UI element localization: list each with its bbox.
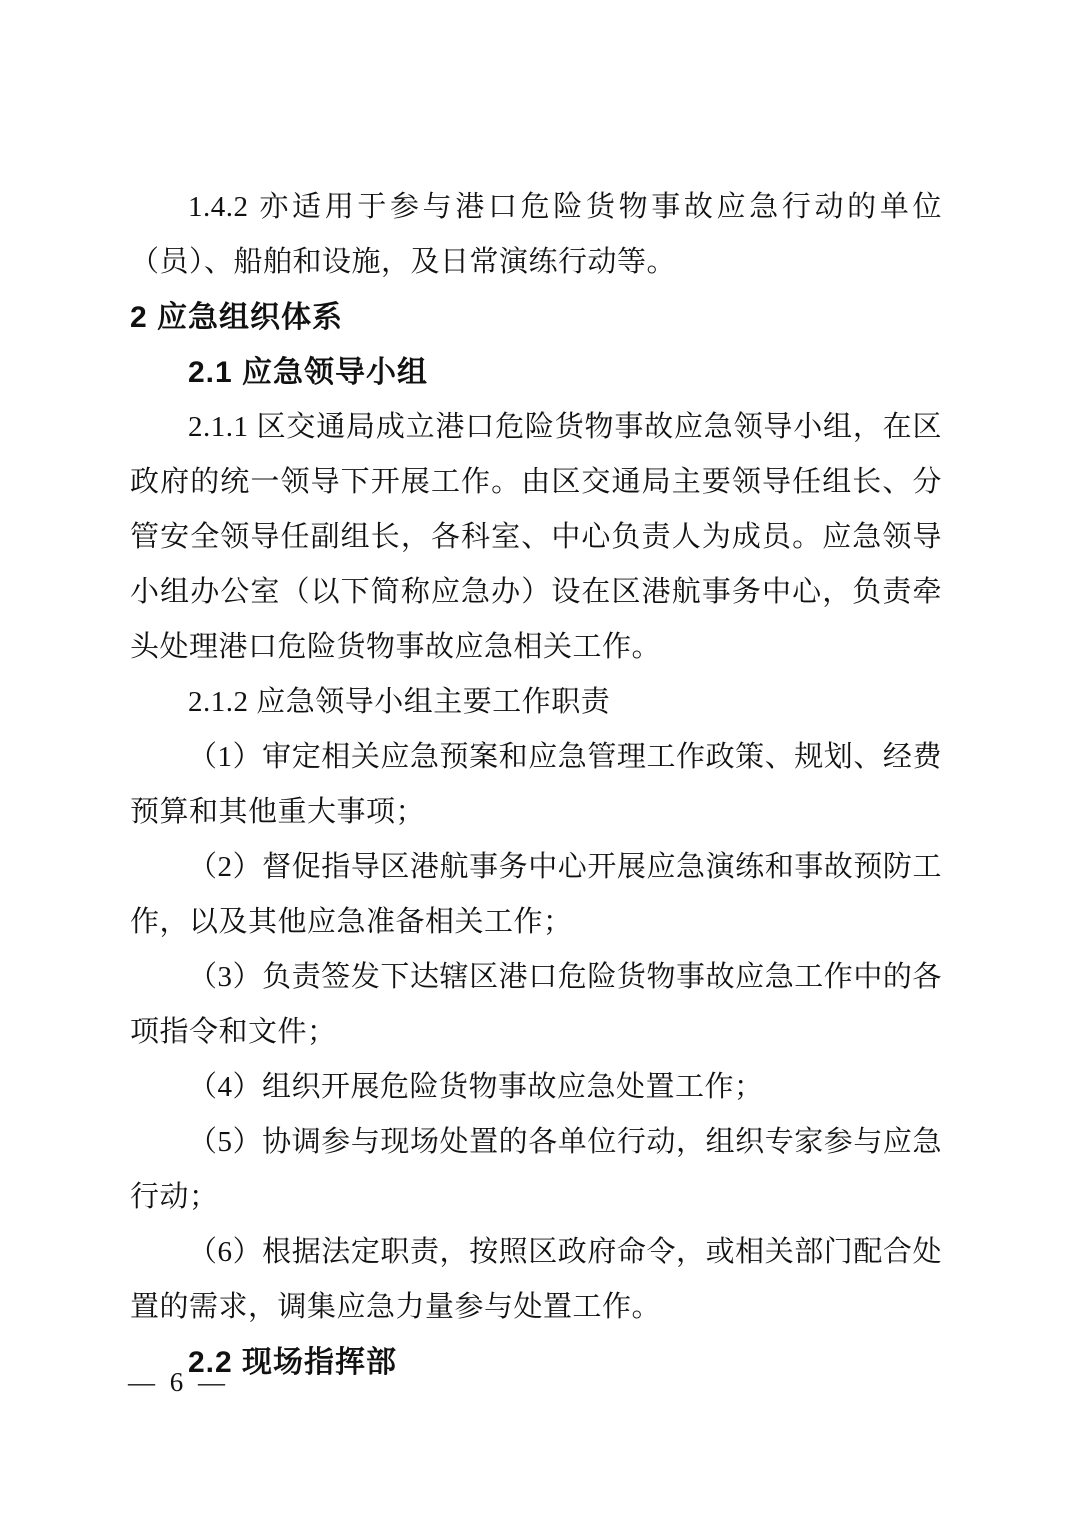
document-page: 1.4.2 亦适用于参与港口危险货物事故应急行动的单位（员）、船舶和设施，及日常… bbox=[0, 0, 1074, 1520]
heading-2-2-onsite-command: 2.2 现场指挥部 bbox=[130, 1335, 942, 1390]
heading-2-emergency-org-system: 2 应急组织体系 bbox=[130, 290, 942, 345]
list-item-1: （1）审定相关应急预案和应急管理工作政策、规划、经费预算和其他重大事项； bbox=[130, 730, 942, 840]
list-item-3: （3）负责签发下达辖区港口危险货物事故应急工作中的各项指令和文件； bbox=[130, 950, 942, 1060]
page-number: — 6 — bbox=[128, 1362, 229, 1402]
paragraph-2-1-2: 2.1.2 应急领导小组主要工作职责 bbox=[130, 675, 942, 730]
list-item-6: （6）根据法定职责，按照区政府命令，或相关部门配合处置的需求，调集应急力量参与处… bbox=[130, 1225, 942, 1335]
list-item-4: （4）组织开展危险货物事故应急处置工作； bbox=[130, 1060, 942, 1115]
paragraph-2-1-1: 2.1.1 区交通局成立港口危险货物事故应急领导小组，在区政府的统一领导下开展工… bbox=[130, 400, 942, 675]
heading-2-1-leading-group: 2.1 应急领导小组 bbox=[130, 345, 942, 400]
list-item-2: （2）督促指导区港航事务中心开展应急演练和事故预防工作，以及其他应急准备相关工作… bbox=[130, 840, 942, 950]
document-body: 1.4.2 亦适用于参与港口危险货物事故应急行动的单位（员）、船舶和设施，及日常… bbox=[130, 180, 942, 1390]
paragraph-1-4-2: 1.4.2 亦适用于参与港口危险货物事故应急行动的单位（员）、船舶和设施，及日常… bbox=[130, 180, 942, 290]
list-item-5: （5）协调参与现场处置的各单位行动，组织专家参与应急行动； bbox=[130, 1115, 942, 1225]
